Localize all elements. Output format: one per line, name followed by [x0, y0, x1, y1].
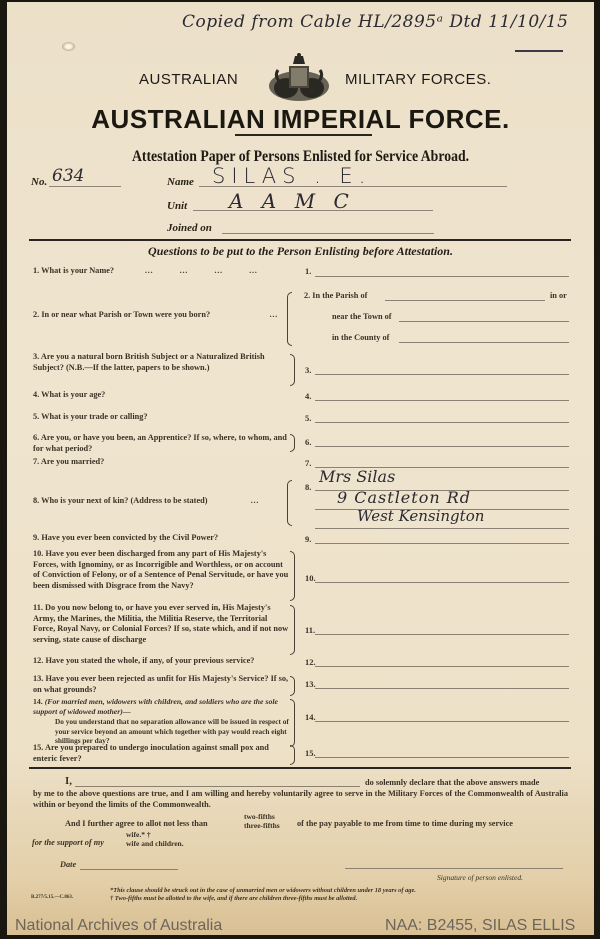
support-options: wife.* † wife and children. — [126, 830, 184, 848]
question-11: 11. Do you now belong to, or have you ev… — [33, 603, 291, 645]
answer-8-label: 8. — [305, 482, 311, 492]
archive-watermark: National Archives of Australia — [15, 917, 222, 935]
question-12: 12. Have you stated the whole, if any, o… — [33, 656, 291, 667]
answer-2-suffix: in or — [550, 291, 567, 300]
support-option-wife-children[interactable]: wife and children. — [126, 839, 184, 848]
joined-line[interactable] — [222, 233, 434, 234]
answer-3-label: 3. — [305, 365, 311, 375]
answer-2-parish-field[interactable] — [385, 300, 545, 301]
brace — [290, 699, 295, 747]
title-rule — [235, 134, 372, 136]
support-option-wife[interactable]: wife.* † — [126, 830, 184, 839]
question-5: 5. What is your trade or calling? — [33, 412, 291, 423]
footnote-2: † Two-fifths must be allotted to the wif… — [110, 895, 357, 902]
paper-blemish — [62, 42, 75, 51]
question-10: 10. Have you ever been discharged from a… — [33, 549, 291, 591]
date-field[interactable] — [80, 869, 178, 870]
answer-3-field[interactable] — [315, 374, 569, 375]
unit-label: Unit — [167, 200, 187, 212]
answer-8-line-3 — [315, 528, 569, 529]
question-6: 6. Are you, or have you been, an Apprent… — [33, 433, 291, 454]
brace — [290, 354, 295, 386]
allot-text-after: of the pay payable to me from time to ti… — [297, 819, 513, 828]
answer-11-label: 11. — [305, 625, 315, 635]
question-14: 14. (For married men, widowers with chil… — [33, 697, 291, 746]
brace — [290, 434, 295, 452]
answer-9-label: 9. — [305, 534, 311, 544]
allot-text-before: And I further agree to allot not less th… — [65, 819, 208, 828]
support-prefix: for the support of my — [32, 838, 104, 847]
answer-1-field[interactable] — [315, 276, 569, 277]
answer-15-field[interactable] — [315, 757, 569, 758]
brace — [290, 745, 295, 765]
record-reference: NAA: B2455, SILAS ELLIS — [385, 917, 575, 935]
no-label: No. — [31, 176, 47, 188]
question-2: 2. In or near what Parish or Town were y… — [33, 310, 291, 321]
questions-heading: Questions to be put to the Person Enlist… — [7, 244, 594, 259]
allot-option-two-fifths[interactable]: two-fifths — [244, 812, 280, 821]
brace — [287, 292, 292, 346]
declaration-rule — [29, 767, 571, 769]
no-value[interactable]: 634 — [52, 166, 84, 186]
unit-line — [193, 210, 433, 211]
answer-7-label: 7. — [305, 458, 311, 468]
answer-10-field[interactable] — [315, 582, 569, 583]
next-of-kin-name[interactable]: Mrs Silas — [319, 467, 395, 486]
note-underline — [515, 50, 563, 52]
brace — [290, 605, 295, 655]
question-15: 15. Are you prepared to undergo inoculat… — [33, 743, 291, 764]
next-of-kin-suburb[interactable]: West Kensington — [357, 507, 484, 525]
heading-australian: AUSTRALIAN — [139, 71, 238, 88]
name-value[interactable]: SILAS . E. — [212, 164, 371, 188]
answer-4-label: 4. — [305, 391, 311, 401]
name-label: Name — [167, 176, 194, 188]
question-3: 3. Are you a natural born British Subjec… — [33, 352, 291, 373]
answer-13-field[interactable] — [315, 688, 569, 689]
heading-military-forces: MILITARY FORCES. — [345, 71, 491, 88]
question-7: 7. Are you married? — [33, 457, 291, 468]
declaration-text-end: do solemnly declare that the above answe… — [365, 778, 539, 787]
answer-2-parish-label: 2. In the Parish of — [304, 291, 367, 300]
signature-label: Signature of person enlisted. — [437, 873, 523, 882]
name-line — [199, 186, 507, 187]
answer-6-label: 6. — [305, 437, 311, 447]
question-1: 1. What is your Name? … … … … — [33, 266, 291, 277]
declarant-name-field[interactable] — [75, 786, 360, 787]
question-9: 9. Have you ever been convicted by the C… — [33, 533, 291, 544]
signature-field[interactable] — [345, 868, 563, 869]
answer-9-field[interactable] — [315, 543, 569, 544]
brace — [290, 551, 295, 601]
handwritten-cable-note: Copied from Cable HL/2895ᵃ Dtd 11/10/15 — [182, 12, 569, 32]
form-code: B.277/5.15.—C.863. — [31, 895, 73, 900]
question-8: 8. Who is your next of kin? (Address to … — [33, 496, 291, 507]
allot-option-three-fifths[interactable]: three-fifths — [244, 821, 280, 830]
answer-11-field[interactable] — [315, 634, 569, 635]
answer-5-label: 5. — [305, 413, 311, 423]
answer-2-county-label: in the County of — [332, 333, 389, 342]
answer-5-field[interactable] — [315, 422, 569, 423]
answer-2-county-field[interactable] — [399, 342, 569, 343]
declaration-body: by me to the above questions are true, a… — [33, 789, 568, 810]
attestation-paper: Copied from Cable HL/2895ᵃ Dtd 11/10/15 … — [7, 2, 594, 935]
next-of-kin-street[interactable]: 9 Castleton Rd — [337, 488, 471, 507]
declaration-prefix: I, — [65, 775, 72, 787]
page-title: AUSTRALIAN IMPERIAL FORCE. — [7, 104, 594, 135]
section-rule — [29, 239, 571, 241]
answer-14-field[interactable] — [315, 721, 569, 722]
answer-2-town-field[interactable] — [399, 321, 569, 322]
question-13: 13. Have you ever been rejected as unfit… — [33, 674, 291, 695]
answer-6-field[interactable] — [315, 446, 569, 447]
date-label: Date — [60, 860, 76, 869]
answer-4-field[interactable] — [315, 400, 569, 401]
answer-1-label: 1. — [305, 266, 311, 276]
brace — [287, 480, 292, 526]
no-line — [49, 186, 121, 187]
allot-options: two-fifths three-fifths — [244, 812, 280, 830]
answer-2-town-label: near the Town of — [332, 312, 392, 321]
brace — [290, 676, 295, 696]
footnote-1: *This clause should be struck out in the… — [110, 887, 416, 894]
coat-of-arms-icon — [264, 52, 334, 104]
answer-12-field[interactable] — [315, 666, 569, 667]
question-4: 4. What is your age? — [33, 390, 291, 401]
joined-label: Joined on — [167, 222, 212, 234]
